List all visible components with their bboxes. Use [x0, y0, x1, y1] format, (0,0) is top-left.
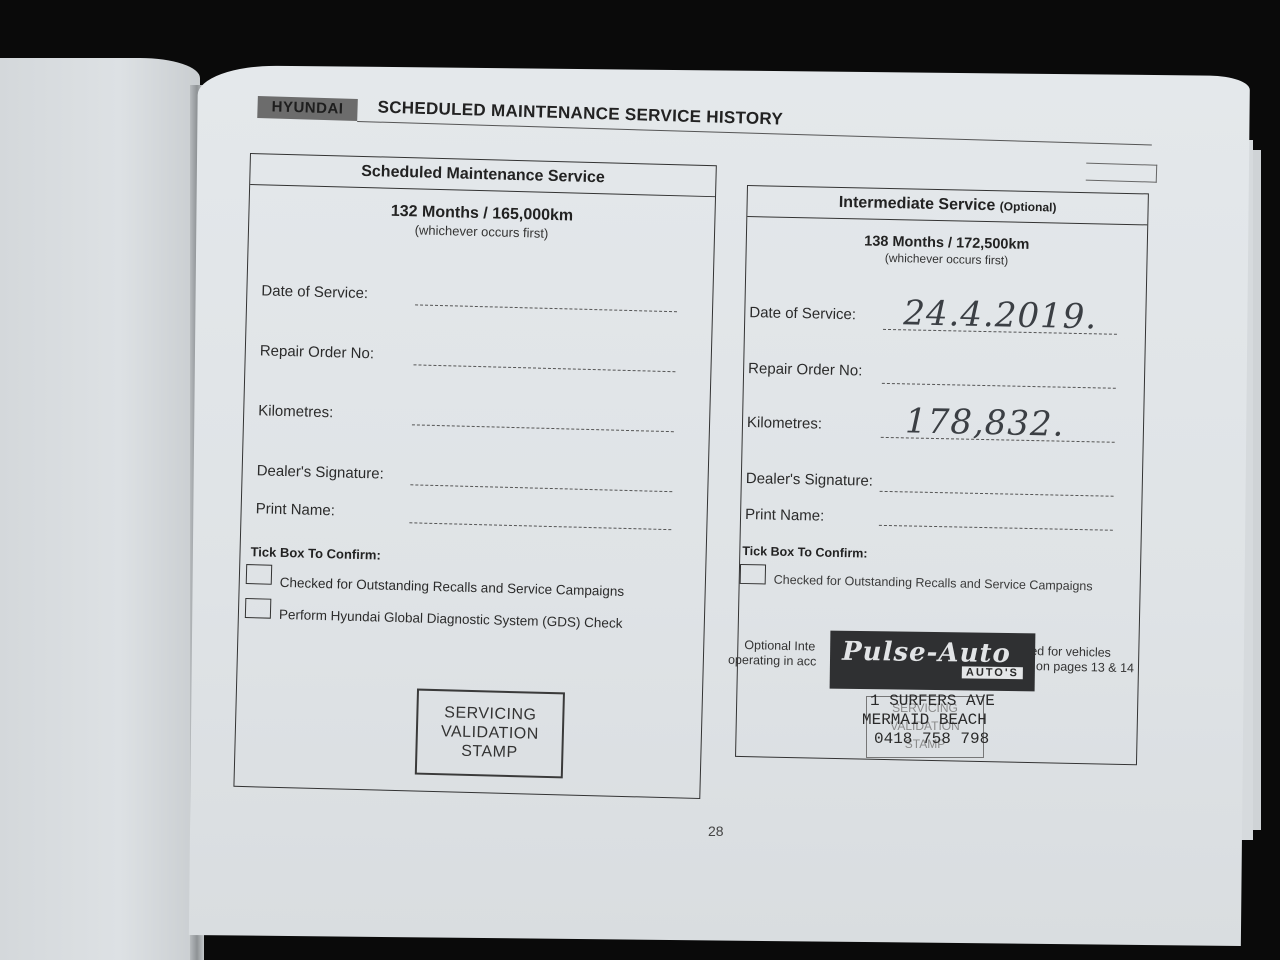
- print-name-label: Print Name:: [255, 500, 335, 519]
- page-header: HYUNDAI SCHEDULED MAINTENANCE SERVICE HI…: [257, 92, 1147, 148]
- dealer-phone: 0418 758 798: [862, 730, 995, 749]
- repair-order-label: Repair Order No:: [260, 342, 375, 362]
- dealer-stamp-logo: Pulse-Auto AUTO'S: [830, 631, 1036, 692]
- service-history-page: HYUNDAI SCHEDULED MAINTENANCE SERVICE HI…: [0, 0, 1280, 960]
- panel-heading: Scheduled Maintenance Service: [250, 154, 716, 197]
- recalls-checkbox-label: Checked for Outstanding Recalls and Serv…: [280, 575, 625, 599]
- dealer-signature-field[interactable]: [410, 484, 672, 492]
- print-name-label: Print Name:: [745, 506, 825, 525]
- gds-check-checkbox[interactable]: [245, 598, 272, 619]
- page-number: 28: [708, 823, 724, 839]
- header-tail-box: [1086, 163, 1158, 183]
- panel-heading: Intermediate Service (Optional): [747, 186, 1148, 225]
- panel-heading-text: Intermediate Service: [839, 194, 996, 214]
- dealer-signature-field[interactable]: [880, 491, 1114, 497]
- date-of-service-value: 24.4.2019.: [903, 293, 1098, 337]
- repair-order-field[interactable]: [413, 364, 675, 372]
- brand-label: HYUNDAI: [257, 96, 358, 121]
- print-name-field[interactable]: [879, 525, 1113, 531]
- tick-box-title: Tick Box To Confirm:: [742, 544, 868, 561]
- scheduled-service-panel: Scheduled Maintenance Service 132 Months…: [233, 153, 716, 799]
- kilometres-value: 178,832.: [905, 401, 1065, 444]
- optional-note-start: operating in acc: [728, 653, 817, 670]
- tick-box-title: Tick Box To Confirm:: [250, 544, 381, 562]
- stamp-line: STAMP: [417, 741, 561, 764]
- recalls-checkbox[interactable]: [740, 564, 766, 585]
- print-name-field[interactable]: [409, 522, 671, 530]
- gds-check-checkbox-label: Perform Hyundai Global Diagnostic System…: [279, 607, 623, 631]
- dealer-stamp-address: 1 SURFERS AVE MERMAID BEACH 0418 758 798: [862, 692, 995, 749]
- dealer-address-line: MERMAID BEACH: [862, 711, 995, 730]
- date-of-service-label: Date of Service:: [749, 304, 856, 323]
- date-of-service-label: Date of Service:: [261, 282, 368, 302]
- dealer-logo-sub: AUTO'S: [962, 666, 1023, 679]
- optional-note-start: Optional Inte: [744, 638, 815, 654]
- recalls-checkbox-label: Checked for Outstanding Recalls and Serv…: [774, 573, 1093, 594]
- page-title: SCHEDULED MAINTENANCE SERVICE HISTORY: [377, 98, 783, 130]
- kilometres-label: Kilometres:: [747, 414, 822, 433]
- dealer-address-line: 1 SURFERS AVE: [862, 692, 995, 711]
- repair-order-label: Repair Order No:: [748, 360, 863, 379]
- optional-note-end: ed for vehicles: [1030, 644, 1111, 661]
- kilometres-field[interactable]: [412, 424, 674, 432]
- optional-note-end: on pages 13 & 14: [1036, 659, 1134, 676]
- dealer-signature-label: Dealer's Signature:: [746, 470, 873, 490]
- recalls-checkbox[interactable]: [246, 564, 273, 585]
- servicing-validation-stamp-box: SERVICING VALIDATION STAMP: [415, 689, 565, 779]
- dealer-signature-label: Dealer's Signature:: [256, 462, 384, 482]
- kilometres-label: Kilometres:: [258, 402, 333, 421]
- date-of-service-field[interactable]: [415, 304, 677, 312]
- dealer-logo-text: Pulse-Auto: [842, 637, 1011, 669]
- optional-tag: (Optional): [1000, 199, 1057, 214]
- repair-order-field[interactable]: [882, 383, 1116, 389]
